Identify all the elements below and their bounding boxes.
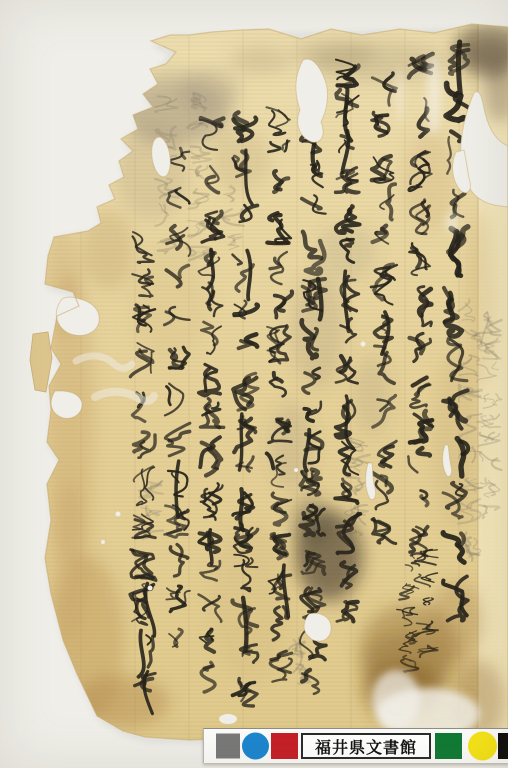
calibration-black-square <box>498 733 508 759</box>
pinhole <box>101 540 105 544</box>
archival-photo: 福井県文書館 <box>0 0 508 768</box>
calibration-green-square <box>435 733 462 759</box>
archive-label-text: 福井県文書館 <box>315 735 417 758</box>
pinhole <box>148 586 153 591</box>
pinhole <box>294 468 298 472</box>
calibration-blue-circle <box>242 733 269 760</box>
pinhole <box>361 342 366 347</box>
pinhole <box>116 512 121 517</box>
calibration-red-square <box>271 733 298 759</box>
tear-hole <box>219 714 237 724</box>
calibration-gray-square <box>216 734 240 759</box>
color-calibration-bar: 福井県文書館 <box>203 728 508 763</box>
archive-label: 福井県文書館 <box>301 733 431 759</box>
manuscript-image <box>0 0 508 768</box>
calibration-yellow-circle <box>468 732 497 761</box>
tear-hole <box>51 391 82 418</box>
paper-fragment <box>30 332 52 392</box>
